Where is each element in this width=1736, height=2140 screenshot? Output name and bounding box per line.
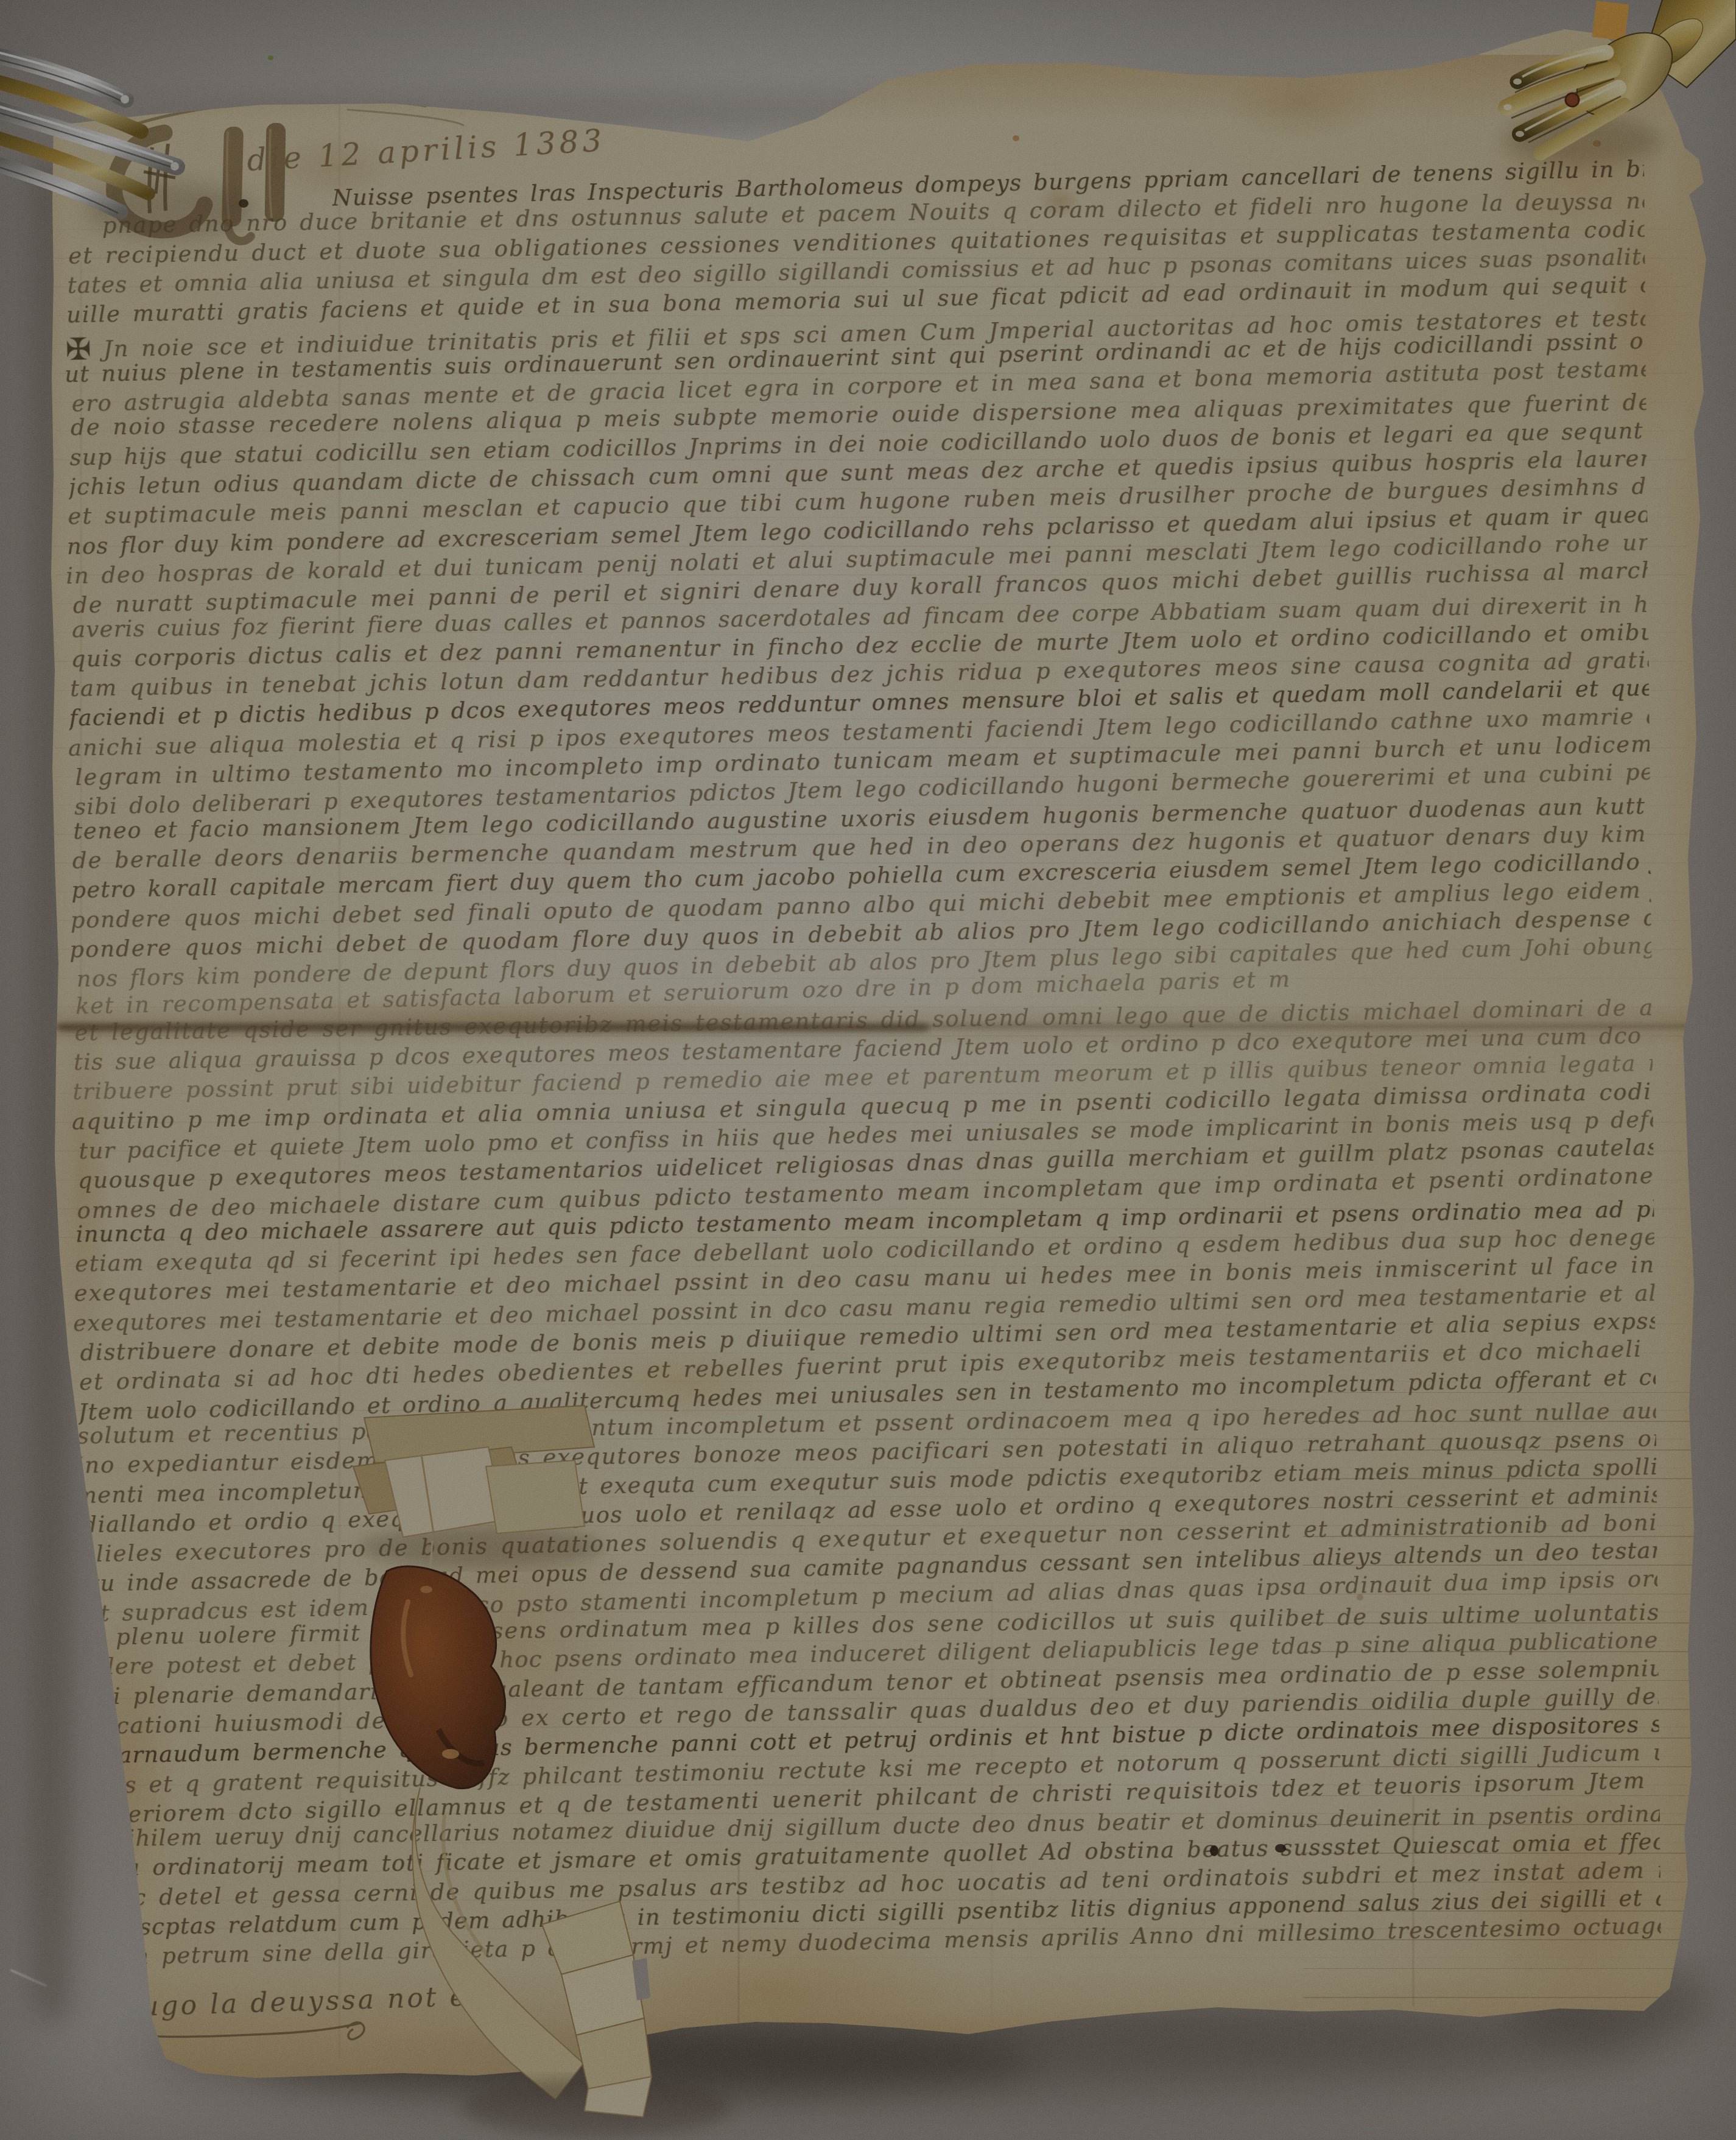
backdrop-speck <box>268 55 273 60</box>
ring-on-finger <box>1566 93 1579 107</box>
backdrop-scratch <box>10 1969 47 1987</box>
tag-fold-bright <box>385 1447 504 1537</box>
wax-seal <box>371 1566 505 1788</box>
parchment-sheet: die 12 aprilis 1383 Nuisse psentes lras … <box>0 0 1736 2140</box>
tag-shadow <box>359 1526 603 1568</box>
photograph-of-parchment-charter: die 12 aprilis 1383 Nuisse psentes lras … <box>0 0 1736 2140</box>
text-block: Nuisse psentes lras Inspecturis Bartholo… <box>0 0 1736 2140</box>
silver-hand-clasp-icon <box>0 34 239 217</box>
maltese-cross-icon: ✠ <box>65 331 93 367</box>
wax-glint <box>442 1749 459 1759</box>
wax-glint <box>420 1586 432 1593</box>
wax-seal-and-tag <box>329 1389 719 2140</box>
clasp-tab <box>1592 1 1629 41</box>
tag-fold <box>486 1460 585 1533</box>
gold-hand-clasp-icon <box>1480 0 1736 179</box>
